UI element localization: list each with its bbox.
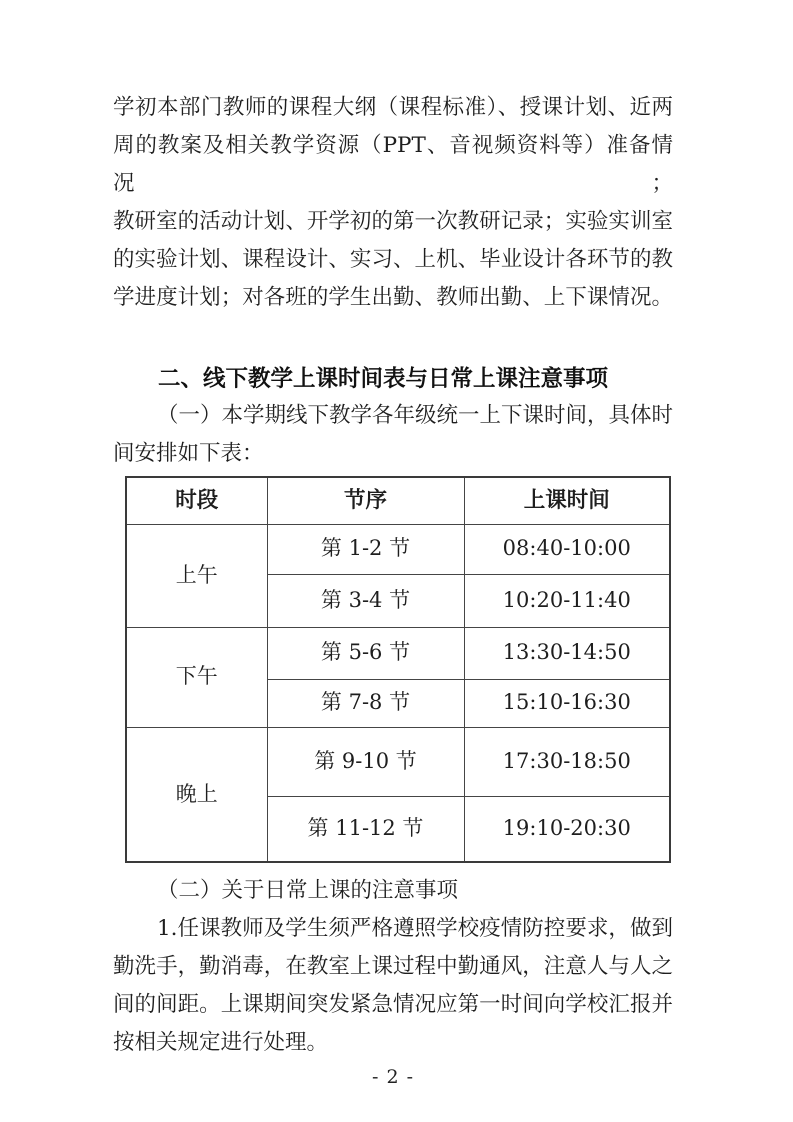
time-cell: 10:20-11:40 [464, 574, 670, 627]
paragraph-line: 学初本部门教师的课程大纲（课程标准）、授课计划、近两 [113, 89, 673, 127]
time-cell: 08:40-10:00 [464, 524, 670, 574]
period-cell-morning: 上午 [126, 524, 267, 627]
subsection-one-paragraph: （一）本学期线下教学各年级统一上下课时间，具体时 间安排如下表： [113, 397, 673, 473]
period-cell-evening: 晚上 [126, 727, 267, 862]
paragraph-line: 学进度计划；对各班的学生出勤、教师出勤、上下课情况。 [113, 279, 673, 317]
note-paragraph: 1.任课教师及学生须严格遵照学校疫情防控要求，做到 勤洗手，勤消毒，在教室上课过… [113, 910, 673, 1062]
paragraph-line: 间安排如下表： [113, 435, 673, 473]
period-cell-afternoon: 下午 [126, 627, 267, 727]
paragraph-line: 周的教案及相关教学资源（PPT、音视频资料等）准备情况； [113, 127, 673, 203]
lesson-cell: 第 3-4 节 [267, 574, 464, 627]
paragraph-line: 的实验计划、课程设计、实习、上机、毕业设计各环节的教 [113, 241, 673, 279]
table-row: 晚上 第 9-10 节 17:30-18:50 [126, 727, 670, 796]
column-header-period: 时段 [126, 477, 267, 524]
table-row: 下午 第 5-6 节 13:30-14:50 [126, 627, 670, 679]
lesson-cell: 第 11-12 节 [267, 796, 464, 862]
paragraph-line: 间的间距。上课期间突发紧急情况应第一时间向学校汇报并 [113, 986, 673, 1024]
class-timetable: 时段 节序 上课时间 上午 第 1-2 节 08:40-10:00 第 3-4 … [125, 476, 671, 863]
time-cell: 13:30-14:50 [464, 627, 670, 679]
intro-paragraph: 学初本部门教师的课程大纲（课程标准）、授课计划、近两 周的教案及相关教学资源（P… [113, 89, 673, 317]
section-heading: 二、线下教学上课时间表与日常上课注意事项 [113, 361, 673, 397]
paragraph-line: （二）关于日常上课的注意事项 [113, 872, 673, 910]
lesson-cell: 第 7-8 节 [267, 679, 464, 727]
time-cell: 19:10-20:30 [464, 796, 670, 862]
paragraph-line: 1.任课教师及学生须严格遵照学校疫情防控要求，做到 [113, 910, 673, 948]
paragraph-line: 勤洗手，勤消毒，在教室上课过程中勤通风，注意人与人之 [113, 948, 673, 986]
column-header-lesson: 节序 [267, 477, 464, 524]
lesson-cell: 第 9-10 节 [267, 727, 464, 796]
timetable-header-row: 时段 节序 上课时间 [126, 477, 670, 524]
document-page: 学初本部门教师的课程大纲（课程标准）、授课计划、近两 周的教案及相关教学资源（P… [0, 0, 793, 1122]
paragraph-line: 教研室的活动计划、开学初的第一次教研记录；实验实训室 [113, 203, 673, 241]
column-header-time: 上课时间 [464, 477, 670, 524]
lesson-cell: 第 5-6 节 [267, 627, 464, 679]
paragraph-line: （一）本学期线下教学各年级统一上下课时间，具体时 [113, 397, 673, 435]
time-cell: 17:30-18:50 [464, 727, 670, 796]
subsection-two-heading: （二）关于日常上课的注意事项 [113, 872, 673, 910]
time-cell: 15:10-16:30 [464, 679, 670, 727]
table-row: 上午 第 1-2 节 08:40-10:00 [126, 524, 670, 574]
paragraph-line: 按相关规定进行处理。 [113, 1024, 673, 1062]
lesson-cell: 第 1-2 节 [267, 524, 464, 574]
page-number: - 2 - [113, 1065, 673, 1089]
